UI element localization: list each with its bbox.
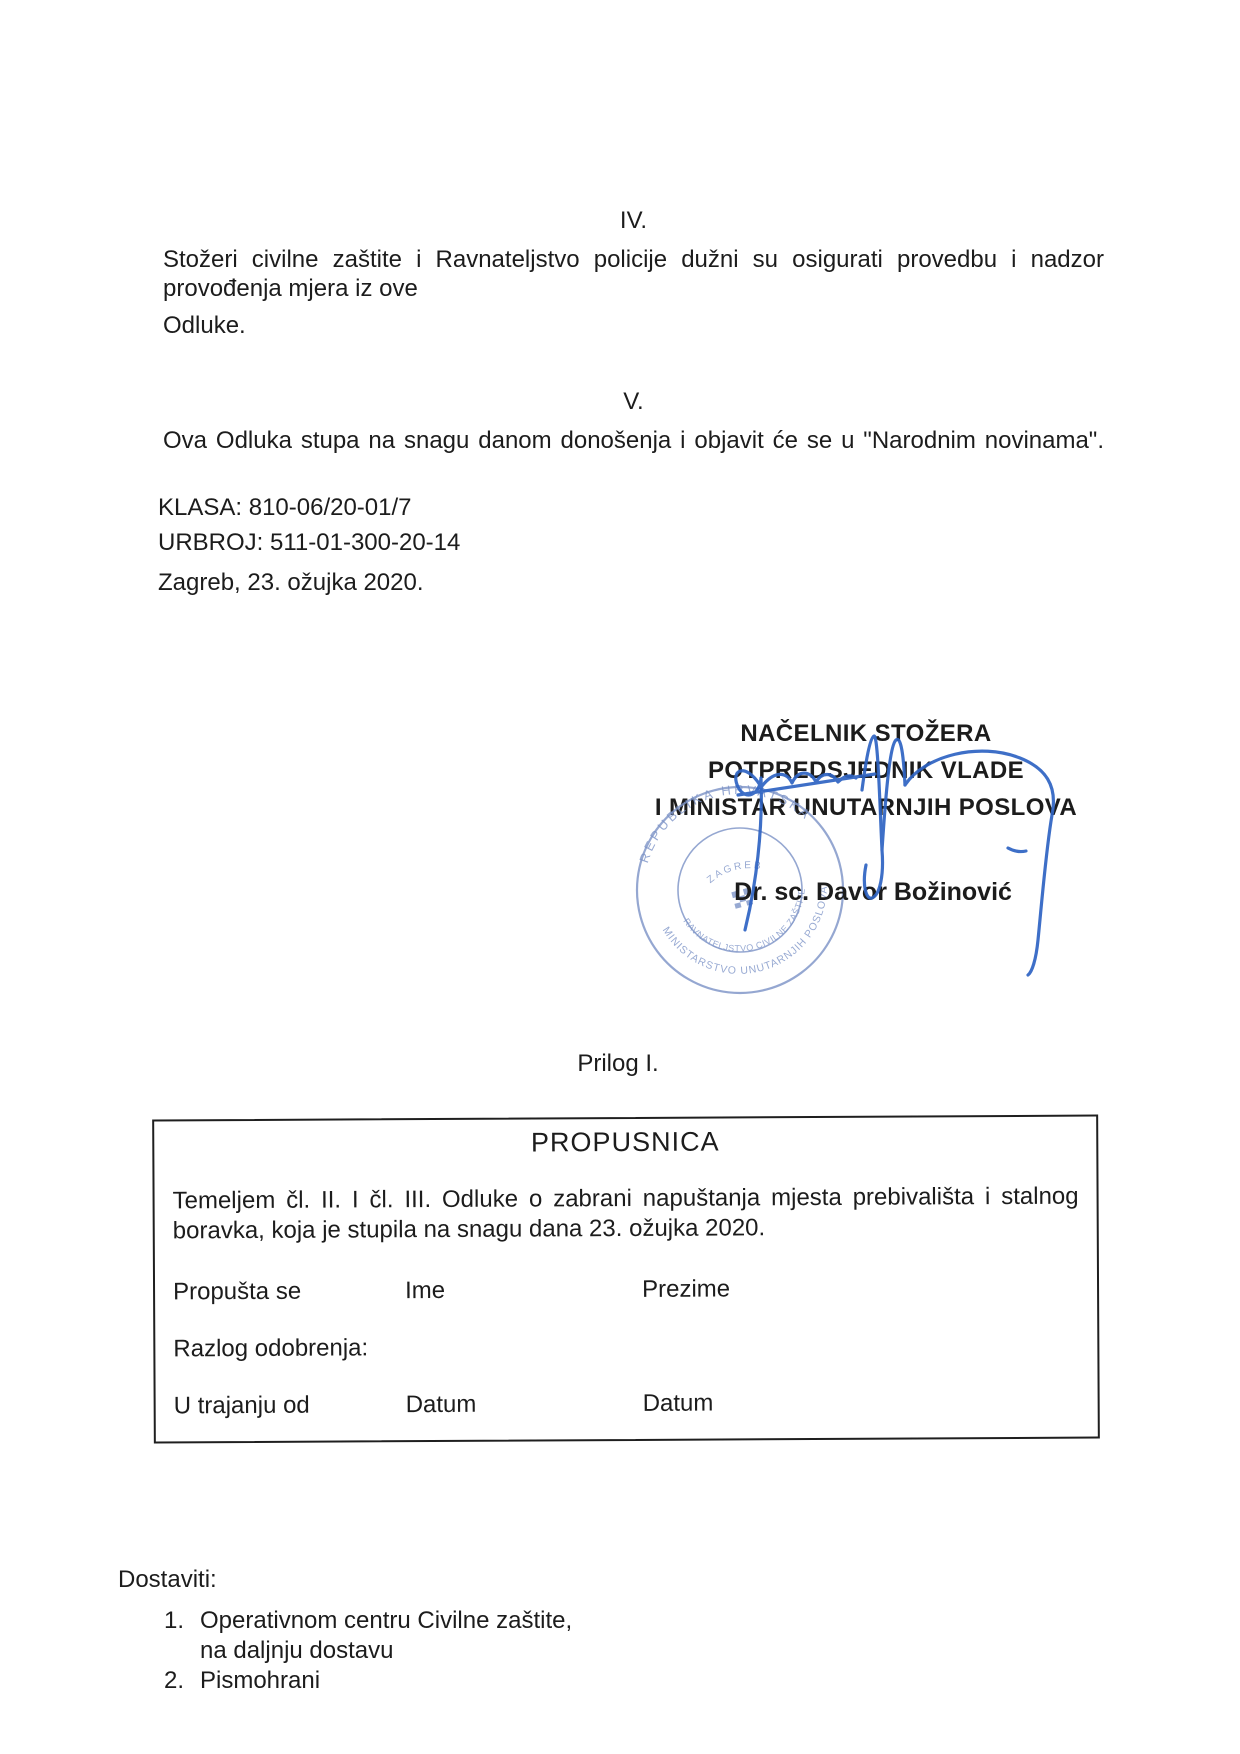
- klasa-number: KLASA: 810-06/20-01/7: [158, 494, 412, 522]
- pass-row-lastname-placeholder: Prezime: [642, 1275, 730, 1303]
- signatory-title-line1: NAČELNIK STOŽERA: [566, 720, 1166, 748]
- svg-text:REPUBLIKA HRVATSKA: REPUBLIKA HRVATSKA: [628, 778, 817, 868]
- distribution-item-1-number: 1.: [164, 1607, 184, 1635]
- duration-row-date-from-placeholder: Datum: [406, 1391, 477, 1419]
- signature-stroke-dash: [1008, 848, 1026, 852]
- propusnica-box: PROPUSNICA Temeljem čl. II. I čl. III. O…: [152, 1115, 1100, 1444]
- section-iv-line3: Odluke.: [163, 312, 246, 340]
- stamp-text-republic: REPUBLIKA HRVATSKA: [628, 778, 817, 868]
- distribution-item-2-number: 2.: [164, 1667, 184, 1695]
- distribution-item-2-line1: Pismohrani: [200, 1667, 320, 1695]
- signatory-title-line2: POTPREDSJEDNIK VLADE: [566, 757, 1166, 785]
- place-and-date: Zagreb, 23. ožujka 2020.: [158, 569, 424, 597]
- signer-name: Dr. sc. Davor Božinović: [573, 878, 1173, 907]
- distribution-item-1-line1: Operativnom centru Civilne zaštite,: [200, 1607, 572, 1635]
- urbroj-number: URBROJ: 511-01-300-20-14: [158, 529, 460, 557]
- duration-row-date-to-placeholder: Datum: [643, 1390, 714, 1418]
- signatory-title-line3: I MINISTAR UNUTARNJIH POSLOVA: [566, 794, 1166, 822]
- section-iv-numeral: IV.: [163, 207, 1104, 235]
- section-v-numeral: V.: [163, 388, 1104, 416]
- reason-row-label: Razlog odobrenja:: [173, 1334, 368, 1363]
- section-iv-line1: Stožeri civilne zaštite i Ravnateljstvo …: [163, 246, 1104, 274]
- pass-row-label: Propušta se: [173, 1278, 301, 1307]
- propusnica-title: PROPUSNICA: [154, 1125, 1096, 1161]
- scanned-document-page: IV. Stožeri civilne zaštite i Ravnateljs…: [0, 0, 1240, 1754]
- section-v-line1: Ova Odluka stupa na snagu danom donošenj…: [163, 427, 1104, 455]
- distribution-item-1-line2: na daljnju dostavu: [200, 1637, 393, 1665]
- duration-row-label: U trajanju od: [174, 1392, 310, 1421]
- pass-row-firstname-placeholder: Ime: [405, 1277, 445, 1305]
- section-iv-line2: provođenja mjera iz ove: [163, 275, 418, 303]
- propusnica-intro-line2: boravka, koja je stupila na snagu dana 2…: [173, 1214, 766, 1245]
- propusnica-intro-line1: Temeljem čl. II. I čl. III. Odluke o zab…: [173, 1183, 1079, 1216]
- distribution-heading: Dostaviti:: [118, 1566, 217, 1594]
- annex-label: Prilog I.: [468, 1050, 768, 1078]
